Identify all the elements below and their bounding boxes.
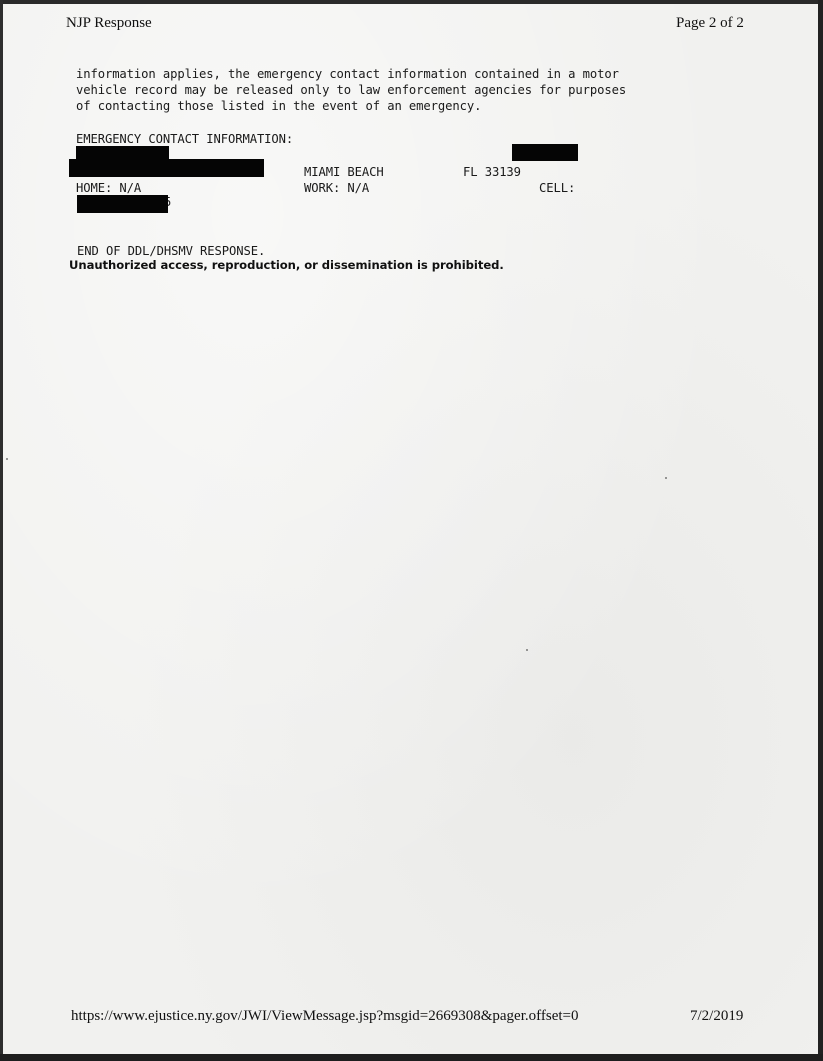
state-zip: FL 33139 [463,165,521,179]
scan-border-right [818,0,823,1061]
redaction-address-right [512,144,578,161]
paragraph-line-3: of contacting those listed in the event … [76,99,481,113]
end-of-response: END OF DDL/DHSMV RESPONSE. [77,244,265,258]
paragraph-line-2: vehicle record may be released only to l… [76,83,626,97]
scan-speck [6,458,8,460]
paragraph-line-1: information applies, the emergency conta… [76,67,619,81]
document-title: NJP Response [66,15,152,32]
section-heading: EMERGENCY CONTACT INFORMATION: [76,132,293,146]
work-phone: WORK: N/A [304,181,369,195]
footer-date: 7/2/2019 [690,1008,743,1025]
redaction-name [76,146,169,160]
cell-label: CELL: [539,181,575,195]
footer-url: https://www.ejustice.ny.gov/JWI/ViewMess… [71,1008,578,1025]
scan-border-bottom [0,1054,823,1061]
home-phone: HOME: N/A [76,181,141,195]
redaction-street-address [69,159,264,177]
unauthorized-notice: Unauthorized access, reproduction, or di… [69,258,504,272]
redaction-cell-number [77,195,168,213]
page-indicator: Page 2 of 2 [676,15,744,32]
scan-speck [665,477,667,479]
scan-speck [526,649,528,651]
city: MIAMI BEACH [304,165,384,179]
